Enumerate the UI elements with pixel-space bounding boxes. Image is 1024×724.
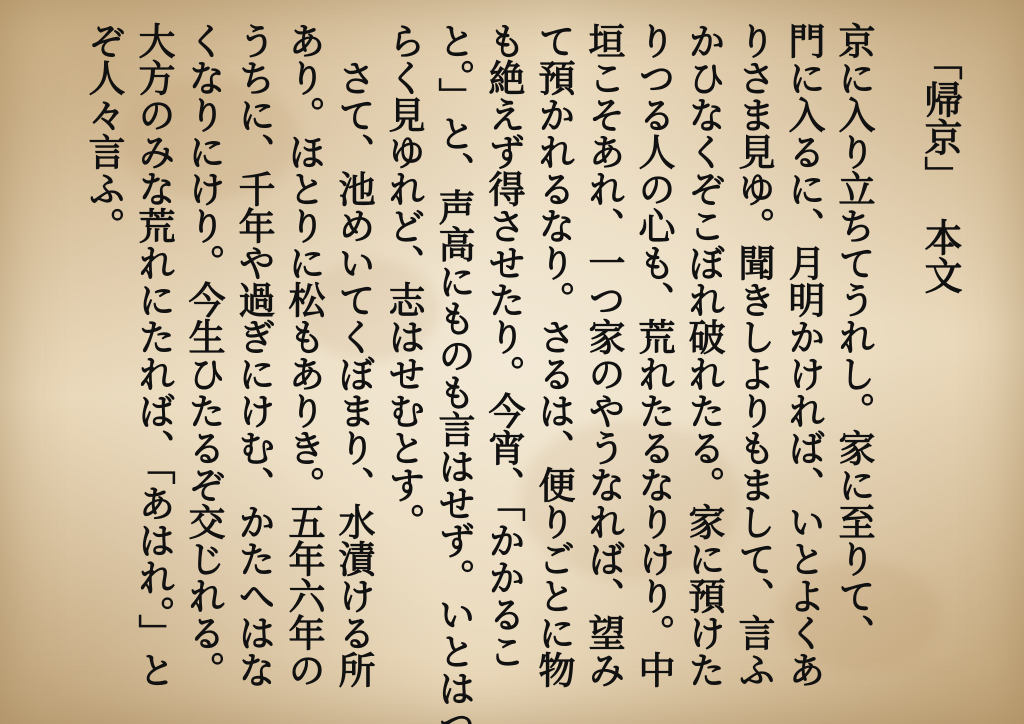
text-column-14: くなりにけり。今生ひたるぞ交じれる。 — [178, 22, 228, 712]
text-column-5: りつる人の心も、荒れたるなりけり。中 — [628, 22, 678, 712]
vertical-text-body: 「帰京」本文 京に入り立ちてうれし。家に至りて、 門に入るに、月明かければ、いと… — [78, 22, 980, 712]
text-column-10: らく見ゆれど、志はせむとす。 — [378, 22, 428, 712]
text-column-15: 大方のみな荒れにたれば、「あはれ。」と — [128, 22, 178, 712]
text-column-8: も絶えず得させたり。今宵、「かかるこ — [478, 22, 528, 712]
text-column-16: ぞ人々言ふ。 — [78, 22, 128, 712]
text-column-9: と。」と、声高にものも言はせず。いとはつ — [428, 22, 478, 712]
text-column-11: さて、池めいてくぼまり、水漬ける所 — [328, 22, 378, 712]
document-subtitle: 本文 — [918, 218, 962, 294]
document-title: 「帰京」 — [918, 42, 962, 194]
document-heading: 「帰京」本文 — [900, 22, 980, 712]
text-column-12: あり。ほとりに松もありき。五年六年の — [278, 22, 328, 712]
text-column-7: て預かれるなり。さるは、便りごとに物 — [528, 22, 578, 712]
text-column-3: りさま見ゆ。聞きしよりもまして、言ふ — [728, 22, 778, 712]
text-column-1: 京に入り立ちてうれし。家に至りて、 — [828, 22, 878, 712]
text-column-4: かひなくぞこぼれ破れたる。家に預けた — [678, 22, 728, 712]
spacer — [878, 22, 900, 712]
text-column-2: 門に入るに、月明かければ、いとよくあ — [778, 22, 828, 712]
text-column-6: 垣こそあれ、一つ家のやうなれば、望み — [578, 22, 628, 712]
text-column-13: うちに、千年や過ぎにけむ、かたへはな — [228, 22, 278, 712]
